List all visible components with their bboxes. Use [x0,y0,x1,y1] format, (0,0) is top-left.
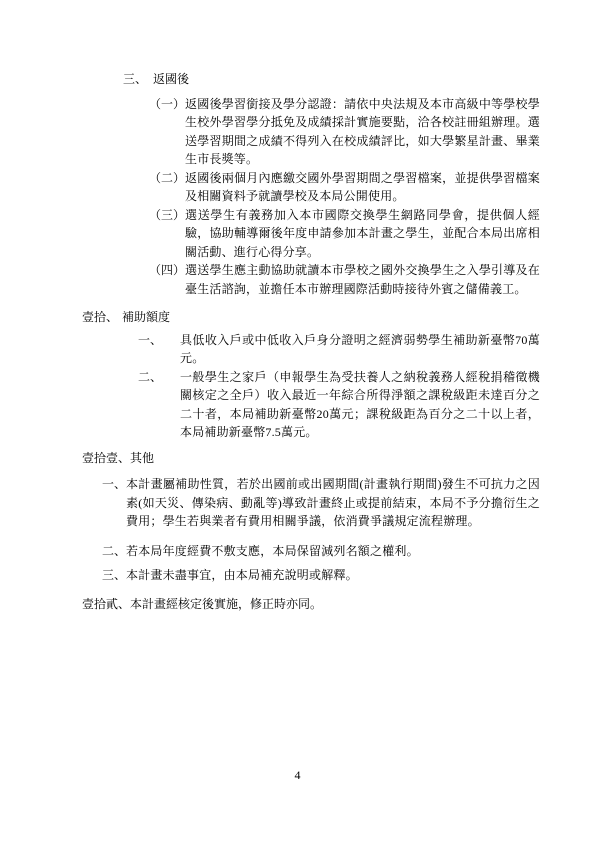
item-text: 若本局年度經費不敷支應，本局保留減列名額之權利。 [126,542,540,561]
item-text: 一般學生之家戶（申報學生為受扶養人之納稅義務人經稅捐稽徵機關核定之全戶）收入最近… [180,368,540,442]
list-item: 二、 一般學生之家戶（申報學生為受扶養人之納稅義務人經稅捐稽徵機關核定之全戶）收… [138,368,540,442]
item-text: 本計畫未盡事宜，由本局補充說明或解釋。 [126,566,540,585]
list-item: 一、 具低收入戶或中低收入戶身分證明之經濟弱勢學生補助新臺幣70萬元。 [138,331,540,368]
item-text: 選送學生應主動協助就讀本市學校之國外交換學生之入學引導及在臺生活諮詢，並擔任本市… [185,261,540,298]
item-marker: 三、 [102,566,126,585]
heading-final-provision: 壹拾貳、 本計畫經核定後實施，修正時亦同。 [82,595,595,614]
item-marker: 一、 [102,475,126,531]
list-item: （二） 返國後兩個月內應繳交國外學習期間之學習檔案，並提供學習檔案及相關資料予就… [149,169,540,206]
list-item: （三） 選送學生有義務加入本市國際交換學生網路同學會，提供個人經驗，協助輔導爾後… [149,206,540,262]
heading-marker: 壹拾貳、 [82,595,130,614]
heading-marker: 壹拾、 [82,308,122,327]
heading-title: 其他 [130,449,154,468]
heading-after-return: 三、 返國後 [123,70,595,89]
item-marker: 二、 [102,542,126,561]
heading-subsidy-amount: 壹拾、 補助額度 [82,308,595,327]
item-marker: （二） [149,169,185,206]
item-marker: （四） [149,261,185,298]
page-number: 4 [0,768,595,782]
list-item: 一、 本計畫屬補助性質，若於出國前或出國期間(計畫執行期間)發生不可抗力之因素(… [102,475,540,531]
item-marker: （三） [149,206,185,262]
item-marker: （一） [149,95,185,169]
heading-title: 補助額度 [122,308,170,327]
heading-marker: 壹拾壹、 [82,449,130,468]
item-text: 具低收入戶或中低收入戶身分證明之經濟弱勢學生補助新臺幣70萬元。 [180,331,540,368]
item-text: 本計畫屬補助性質，若於出國前或出國期間(計畫執行期間)發生不可抗力之因素(如天災… [126,475,540,531]
item-marker: 一、 [138,331,180,368]
document-page: 三、 返國後 （一） 返國後學習銜接及學分認證：請依中央法規及本市高級中等學校學… [0,0,595,842]
heading-marker: 三、 [123,70,153,89]
heading-text: 本計畫經核定後實施，修正時亦同。 [130,595,322,614]
document-content: 三、 返國後 （一） 返國後學習銜接及學分認證：請依中央法規及本市高級中等學校學… [0,70,595,613]
list-item: 三、 本計畫未盡事宜，由本局補充說明或解釋。 [102,566,540,585]
list-item: （四） 選送學生應主動協助就讀本市學校之國外交換學生之入學引導及在臺生活諮詢，並… [149,261,540,298]
item-marker: 二、 [138,368,180,442]
heading-other: 壹拾壹、 其他 [82,449,595,468]
list-item: 二、 若本局年度經費不敷支應，本局保留減列名額之權利。 [102,542,540,561]
item-text: 返國後兩個月內應繳交國外學習期間之學習檔案，並提供學習檔案及相關資料予就讀學校及… [185,169,540,206]
item-text: 選送學生有義務加入本市國際交換學生網路同學會，提供個人經驗，協助輔導爾後年度申請… [185,206,540,262]
item-text: 返國後學習銜接及學分認證：請依中央法規及本市高級中等學校學生校外學習學分抵免及成… [185,95,540,169]
list-item: （一） 返國後學習銜接及學分認證：請依中央法規及本市高級中等學校學生校外學習學分… [149,95,540,169]
heading-title: 返國後 [153,70,189,89]
